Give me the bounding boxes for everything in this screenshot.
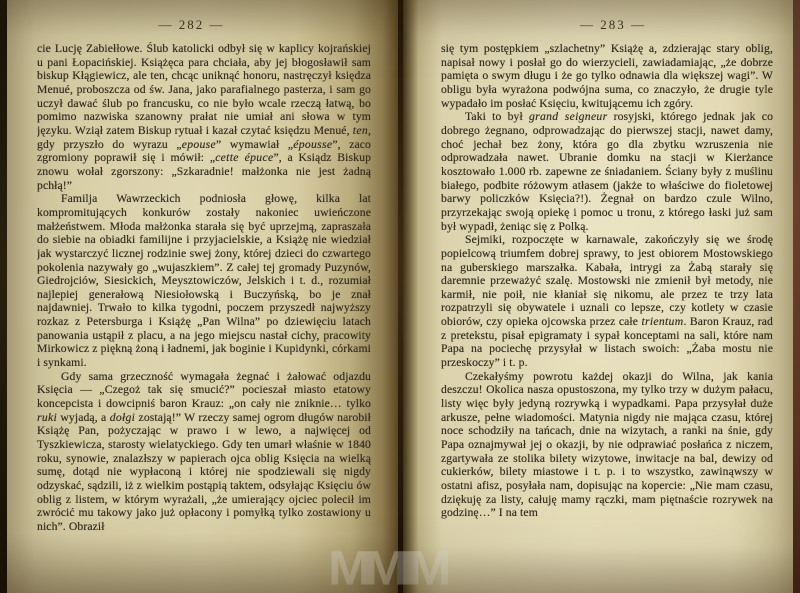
paragraph: się tym postępkiem „szlachetny” Książę a… xyxy=(441,42,773,110)
paragraph: Familja Wawrzeckich podniosła głowę, kil… xyxy=(37,192,371,370)
page-number-left: — 282 — xyxy=(7,17,376,33)
page-number-right: — 283 — xyxy=(433,17,793,33)
page-right: — 283 — się tym postępkiem „szlachetny” … xyxy=(403,0,793,593)
page-left: — 282 — cie Lucję Zabiełłowe. Ślub katol… xyxy=(7,0,398,593)
paragraph: Czekałyśmy powrotu każdej okazji do Wiln… xyxy=(441,370,773,520)
book-scan: — 282 — cie Lucję Zabiełłowe. Ślub katol… xyxy=(0,0,800,593)
page-right-text: się tym postępkiem „szlachetny” Książę a… xyxy=(441,42,773,589)
paragraph: cie Lucję Zabiełłowe. Ślub katolicki odb… xyxy=(37,42,371,192)
right-book-edge xyxy=(793,0,800,593)
left-cover-edge xyxy=(0,0,7,593)
paragraph: Gdy sama grzeczność wymagała żegnać i ża… xyxy=(37,370,371,534)
paragraph: Sejmiki, rozpoczęte w karnawale, zakończ… xyxy=(441,233,773,370)
page-left-text: cie Lucję Zabiełłowe. Ślub katolicki odb… xyxy=(37,42,371,589)
paragraph: Taki to był grand seigneur rosyjski, któ… xyxy=(441,110,773,233)
